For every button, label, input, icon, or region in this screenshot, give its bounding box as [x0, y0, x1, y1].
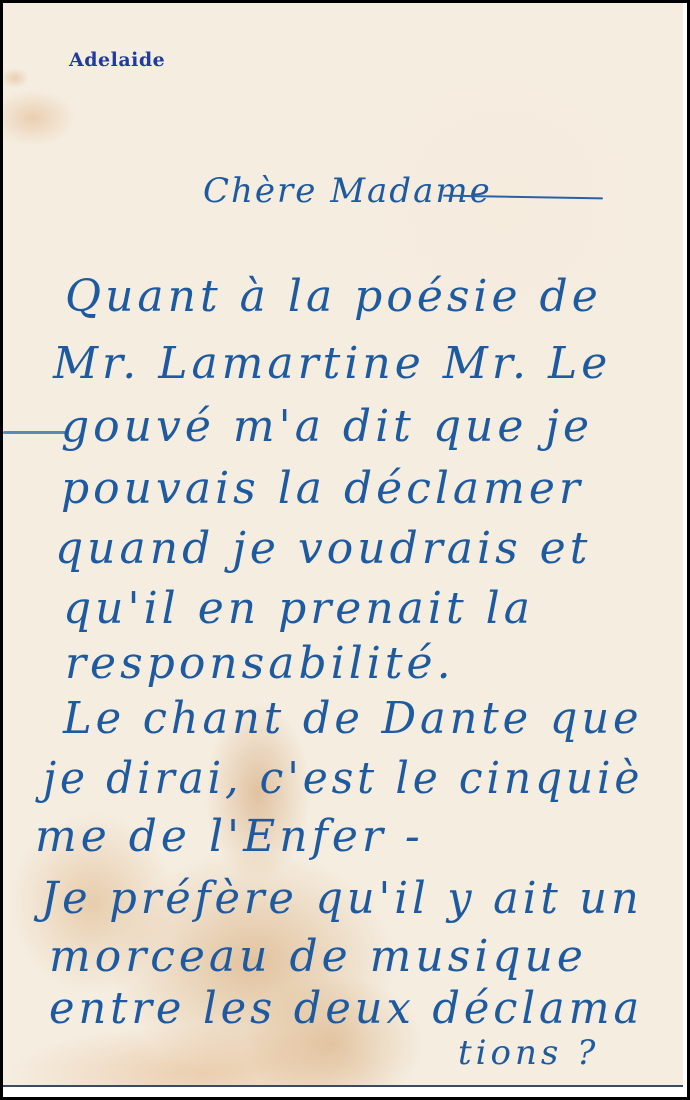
letter-paper: Adelaide Chère Madame Quant à la poésie … — [3, 3, 683, 1087]
letter-line-9: je dirai, c'est le cinquiè — [43, 753, 643, 804]
letter-line-4: pouvais la déclamer — [61, 463, 584, 514]
salutation: Chère Madame — [203, 171, 492, 211]
letter-line-5: quand je voudrais et — [55, 523, 591, 574]
letter-line-10: me de l'Enfer - — [35, 811, 424, 862]
letterhead-name: Adelaide — [69, 49, 165, 71]
letter-line-1: Quant à la poésie de — [65, 271, 602, 322]
letter-line-14: tions ? — [458, 1033, 599, 1073]
letter-line-7: responsabilité. — [65, 638, 455, 689]
letter-line-13: entre les deux déclama — [49, 983, 643, 1034]
letter-line-12: morceau de musique — [49, 931, 587, 982]
letter-line-11: Je préfère qu'il y ait un — [41, 873, 643, 924]
document-frame: Adelaide Chère Madame Quant à la poésie … — [3, 3, 687, 1097]
letter-line-6: qu'il en prenait la — [63, 583, 534, 634]
letter-line-3: gouvé m'a dit que je — [61, 401, 593, 452]
letter-line-8: Le chant de Dante que — [63, 693, 643, 744]
letter-line-2: Mr. Lamartine Mr. Le — [53, 338, 611, 389]
margin-ink-stroke — [3, 431, 68, 434]
